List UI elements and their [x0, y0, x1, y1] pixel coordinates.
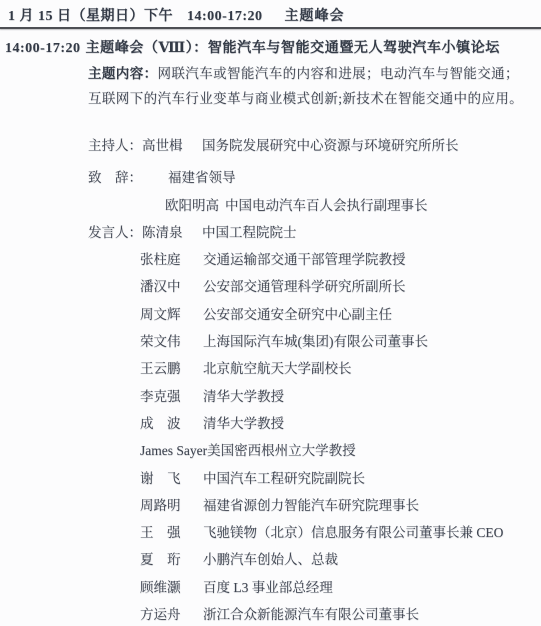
topic-line-2: 互联网下的汽车行业变革与商业模式创新;新技术在智能交通中的应用。 — [88, 86, 535, 111]
indent-spacer — [88, 355, 140, 382]
indent-spacer — [88, 601, 140, 626]
speaker-affiliation: 清华大学教授 — [203, 410, 284, 437]
speaker-name: 夏 珩 — [140, 546, 203, 573]
indent-spacer — [88, 192, 165, 219]
host-affiliation: 国务院发展研究中心资源与环境研究所所长 — [202, 132, 459, 159]
topic-label: 主题内容： — [88, 66, 158, 81]
indent-spacer — [88, 410, 140, 437]
participants-list: 主持人： 高世楫 国务院发展研究中心资源与环境研究所所长 致 辞： 福建省领导 … — [88, 132, 538, 626]
host-name: 高世楫 — [142, 132, 202, 159]
speaker-row: 顾维灏 百度 L3 事业部总经理 — [88, 574, 538, 601]
indent-spacer — [88, 492, 140, 519]
speaker-affiliation: 清华大学教授 — [203, 383, 284, 410]
indent-spacer — [88, 465, 140, 492]
greeting-label: 致 辞： — [88, 164, 142, 191]
speaker-name: 张柱庭 — [140, 246, 203, 273]
indent-spacer — [88, 246, 140, 273]
header-divider-line — [0, 27, 541, 29]
speaker-affiliation: 小鹏汽车创始人、总裁 — [203, 546, 338, 573]
greeting-name: 福建省领导 — [168, 164, 236, 191]
indent-spacer — [88, 301, 140, 328]
speaker-row: 潘汉中 公安部交通管理科学研究所副所长 — [88, 273, 538, 300]
session-time-range: 14:00-17:20 — [5, 41, 81, 56]
greeting-affiliation: 中国电动汽车百人会执行副理事长 — [225, 192, 428, 219]
greeting-row: 致 辞： 福建省领导 — [88, 164, 538, 191]
speaker-affiliation: 百度 L3 事业部总经理 — [203, 574, 333, 601]
speaker-row: 王 强 飞驰镁物（北京）信息服务有限公司董事长兼 CEO — [88, 519, 538, 546]
speaker-affiliation: 福建省源创力智能汽车研究院理事长 — [203, 492, 419, 519]
indent-spacer — [88, 437, 140, 464]
speaker-affiliation: 飞驰镁物（北京）信息服务有限公司董事长兼 CEO — [203, 519, 503, 546]
greeting-row: 欧阳明高 中国电动汽车百人会执行副理事长 — [88, 192, 538, 219]
agenda-document-page: 1 月 15 日（星期日）下午14:00-17:20主题峰会 14:00-17:… — [0, 0, 541, 626]
speaker-name: 陈清泉 — [142, 219, 202, 246]
indent-spacer — [88, 328, 140, 355]
session-title: 主题峰会（Ⅷ）：智能汽车与智能交通暨无人驾驶汽车小镇论坛 — [86, 41, 500, 56]
schedule-day-header: 1 月 15 日（星期日）下午14:00-17:20主题峰会 — [8, 5, 345, 25]
topic-line-1: 主题内容：网联汽车或智能汽车的内容和进展；电动汽车与智能交通； — [88, 61, 535, 86]
speaker-affiliation: 中国工程院院士 — [202, 219, 297, 246]
header-date: 1 月 15 日（星期日）下午 — [8, 9, 173, 24]
speaker-affiliation: 公安部交通安全研究中心副主任 — [203, 301, 392, 328]
speaker-affiliation: 中国汽车工程研究院副院长 — [203, 465, 365, 492]
speaker-name: 成 波 — [140, 410, 203, 437]
speaker-list: 张柱庭 交通运输部交通干部管理学院教授 潘汉中 公安部交通管理科学研究所副所长 … — [88, 246, 538, 626]
speakers-label: 发言人： — [88, 219, 142, 246]
speaker-row: 周文辉 公安部交通安全研究中心副主任 — [88, 301, 538, 328]
speaker-affiliation: 浙江合众新能源汽车有限公司董事长 — [203, 601, 419, 626]
speaker-name: 荣文伟 — [140, 328, 203, 355]
speaker-affiliation: 交通运输部交通干部管理学院教授 — [203, 246, 406, 273]
speaker-name: 王 强 — [140, 519, 203, 546]
speaker-row: 谢 飞 中国汽车工程研究院副院长 — [88, 465, 538, 492]
header-time-range: 14:00-17:20 — [187, 9, 263, 24]
speaker-name: 周路明 — [140, 492, 203, 519]
greeting-name: 欧阳明高 — [165, 192, 225, 219]
indent-spacer — [88, 546, 140, 573]
host-label: 主持人： — [88, 132, 142, 159]
speaker-name: James Sayer — [140, 437, 207, 464]
speaker-row: 周路明 福建省源创力智能汽车研究院理事长 — [88, 492, 538, 519]
speaker-name: 周文辉 — [140, 301, 203, 328]
speaker-row: 张柱庭 交通运输部交通干部管理学院教授 — [88, 246, 538, 273]
speaker-name: 潘汉中 — [140, 273, 203, 300]
indent-spacer — [88, 383, 140, 410]
host-row: 主持人： 高世楫 国务院发展研究中心资源与环境研究所所长 — [88, 132, 538, 159]
indent-spacer — [88, 273, 140, 300]
topic-text-2: 互联网下的汽车行业变革与商业模式创新;新技术在智能交通中的应用。 — [88, 91, 523, 106]
indent-spacer — [88, 574, 140, 601]
speaker-row-first: 发言人： 陈清泉 中国工程院院士 — [88, 219, 538, 246]
speaker-affiliation: 公安部交通管理科学研究所副所长 — [203, 273, 406, 300]
speaker-row: 王云鹏 北京航空航天大学副校长 — [88, 355, 538, 382]
speaker-affiliation: 美国密西根州立大学教授 — [207, 437, 356, 464]
session-block: 14:00-17:20主题峰会（Ⅷ）：智能汽车与智能交通暨无人驾驶汽车小镇论坛 … — [5, 36, 535, 111]
speaker-row: 李克强 清华大学教授 — [88, 383, 538, 410]
speaker-name: 顾维灏 — [140, 574, 203, 601]
indent-spacer — [88, 519, 140, 546]
speaker-row: James Sayer 美国密西根州立大学教授 — [88, 437, 538, 464]
speaker-affiliation: 上海国际汽车城(集团)有限公司董事长 — [203, 328, 428, 355]
session-title-row: 14:00-17:20主题峰会（Ⅷ）：智能汽车与智能交通暨无人驾驶汽车小镇论坛 — [5, 36, 535, 61]
header-session-title: 主题峰会 — [285, 9, 345, 24]
speaker-name: 谢 飞 — [140, 465, 203, 492]
speaker-row: 夏 珩 小鹏汽车创始人、总裁 — [88, 546, 538, 573]
speaker-row: 荣文伟 上海国际汽车城(集团)有限公司董事长 — [88, 328, 538, 355]
topic-text-1: 网联汽车或智能汽车的内容和进展；电动汽车与智能交通； — [158, 66, 519, 81]
speaker-name: 方运舟 — [140, 601, 203, 626]
speaker-row: 方运舟 浙江合众新能源汽车有限公司董事长 — [88, 601, 538, 626]
speaker-name: 王云鹏 — [140, 355, 203, 382]
speaker-name: 李克强 — [140, 383, 203, 410]
speaker-row: 成 波 清华大学教授 — [88, 410, 538, 437]
speaker-affiliation: 北京航空航天大学副校长 — [203, 355, 352, 382]
